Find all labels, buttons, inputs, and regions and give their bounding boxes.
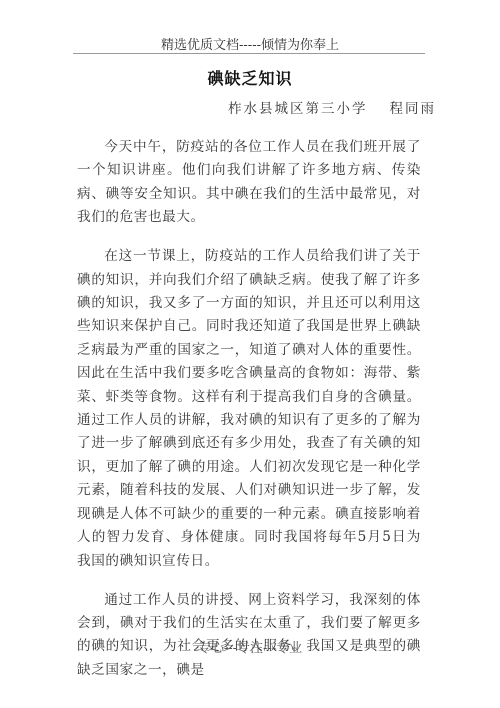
paragraph-3: 通过工作人员的讲授、网上资料学习，我深刻的体会到，碘对于我们的生活实在太重了，我… [77,589,421,683]
author-school: 柞水县城区第三小学 [228,101,368,117]
document-title: 碘缺乏知识 [0,66,500,89]
author-line: 柞水县城区第三小学程同雨 [228,97,436,117]
paragraph-1: 今天中午，防疫站的各位工作人员在我们班开展了一个知识讲座。他们向我们讲解了许多地… [77,136,421,230]
document-body: 今天中午，防疫站的各位工作人员在我们班开展了一个知识讲座。他们向我们讲解了许多地… [77,136,421,698]
author-name: 程同雨 [390,101,437,117]
page-footer-text: 专心---专注---专业 [0,637,500,656]
page-header-text: 精选优质文档-----倾情为你奉上 [0,34,500,53]
header-divider [73,53,425,54]
paragraph-2: 在这一节课上，防疫站的工作人员给我们讲了关于碘的知识，并向我们介绍了碘缺乏病。使… [77,245,421,573]
